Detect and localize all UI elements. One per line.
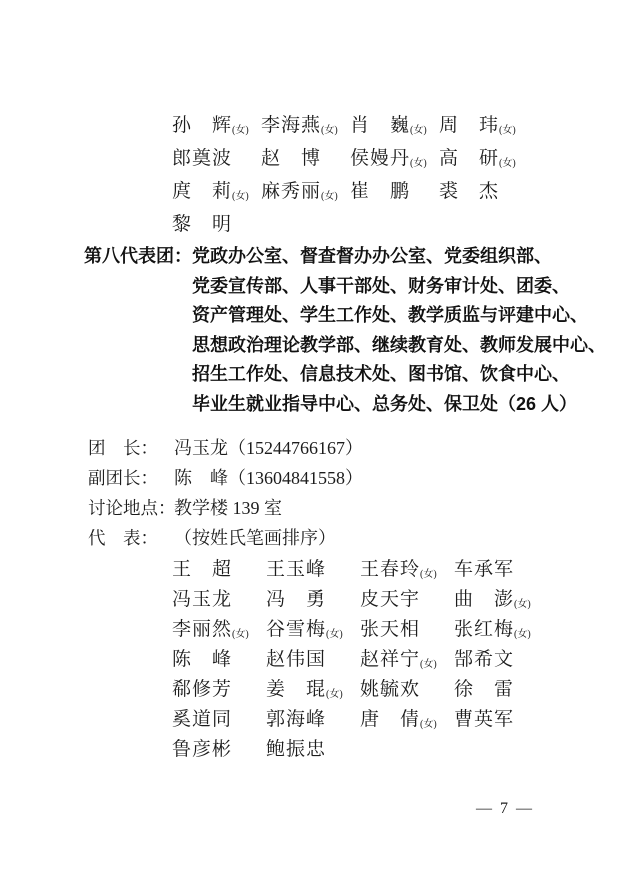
delegate-name-text: 谷雪梅 [266, 619, 326, 640]
delegate-name: 鲁彦彬 [172, 734, 266, 761]
member-name-text: 侯嫚丹 [350, 148, 410, 169]
delegate-name: 姜 琨(女) [266, 674, 360, 701]
member-name: 黎 明 [172, 209, 261, 236]
leader-value: 冯玉龙（15244766167） [174, 434, 363, 460]
member-name: 李海燕(女) [261, 110, 350, 137]
delegate-name: 陈 峰 [172, 644, 266, 671]
department-line: 党委宣传部、人事干部处、财务审计处、团委、 [192, 272, 606, 302]
female-tag: (女) [514, 629, 531, 640]
female-tag: (女) [232, 629, 249, 640]
member-name: 肖 巍(女) [350, 110, 439, 137]
delegate-row: 冯玉龙 冯 勇 皮天宇 曲 澎(女) [172, 582, 548, 612]
member-name-text: 庹 莉 [172, 181, 232, 202]
leader-label: 团 长： [88, 435, 174, 460]
female-tag: (女) [499, 125, 516, 136]
delegate-name: 郗修芳 [172, 674, 266, 701]
delegate-name-text: 王 超 [172, 559, 232, 580]
delegate-name-text: 郜希文 [454, 649, 514, 670]
member-row: 孙 辉(女) 李海燕(女) 肖 巍(女) 周 玮(女) [172, 107, 528, 140]
female-tag: (女) [420, 719, 437, 730]
member-name: 麻秀丽(女) [261, 176, 350, 203]
delegate-row: 陈 峰 赵伟国 赵祥宁(女) 郜希文 [172, 642, 548, 672]
delegate-row: 郗修芳 姜 琨(女) 姚毓欢 徐 雷 [172, 672, 548, 702]
deputy-leader-value: 陈 峰（13604841558） [174, 464, 363, 490]
member-name-text: 裘 杰 [439, 181, 499, 202]
delegate-name: 赵祥宁(女) [360, 644, 454, 671]
delegate-name: 王春玲(女) [360, 554, 454, 581]
delegate-name: 曹英军 [454, 704, 548, 731]
delegate-name-text: 曹英军 [454, 709, 514, 730]
delegation-label: 第八代表团： [84, 242, 192, 419]
department-line: 思想政治理论教学部、继续教育处、教师发展中心、 [192, 331, 606, 361]
member-name-text: 肖 巍 [350, 115, 410, 136]
department-line: 资产管理处、学生工作处、教学质监与评建中心、 [192, 301, 606, 331]
member-name-text: 黎 明 [172, 214, 232, 235]
delegate-name-list: 王 超 王玉峰 王春玲(女) 车承军 冯玉龙 冯 勇 皮天宇 曲 澎(女) 李丽… [172, 552, 548, 762]
member-name: 周 玮(女) [439, 110, 528, 137]
delegate-name: 李丽然(女) [172, 614, 266, 641]
delegation-departments: 党政办公室、督查督办办公室、党委组织部、 党委宣传部、人事干部处、财务审计处、团… [192, 242, 606, 419]
discussion-location-row: 讨论地点： 教学楼 139 室 [88, 492, 363, 522]
delegate-name: 冯 勇 [266, 584, 360, 611]
female-tag: (女) [232, 125, 249, 136]
department-line: 招生工作处、信息技术处、图书馆、饮食中心、 [192, 360, 606, 390]
member-name-text: 孙 辉 [172, 115, 232, 136]
delegate-name: 王 超 [172, 554, 266, 581]
delegate-name: 张红梅(女) [454, 614, 548, 641]
member-name-text: 高 研 [439, 148, 499, 169]
delegate-name-text: 张红梅 [454, 619, 514, 640]
delegate-name-text: 曲 澎 [454, 589, 514, 610]
delegate-name-text: 姜 琨 [266, 679, 326, 700]
delegate-name-text: 鲁彦彬 [172, 739, 232, 760]
delegate-row: 李丽然(女) 谷雪梅(女) 张天相 张红梅(女) [172, 612, 548, 642]
delegate-name: 冯玉龙 [172, 584, 266, 611]
delegate-name: 奚道同 [172, 704, 266, 731]
delegate-name: 郜希文 [454, 644, 548, 671]
delegate-name-text: 冯玉龙 [172, 589, 232, 610]
member-name-text: 周 玮 [439, 115, 499, 136]
delegate-name-text: 徐 雷 [454, 679, 514, 700]
female-tag: (女) [420, 569, 437, 580]
leader-row: 团 长： 冯玉龙（15244766167） [88, 432, 363, 462]
deputy-leader-row: 副团长： 陈 峰（13604841558） [88, 462, 363, 492]
delegate-name-text: 李丽然 [172, 619, 232, 640]
delegate-name: 唐 倩(女) [360, 704, 454, 731]
member-name: 赵 博 [261, 143, 350, 170]
delegate-name: 鲍振忠 [266, 734, 360, 761]
delegate-name-text: 赵伟国 [266, 649, 326, 670]
delegate-row: 鲁彦彬 鲍振忠 [172, 732, 548, 762]
delegate-name-text: 张天相 [360, 619, 420, 640]
eighth-delegation-heading: 第八代表团： 党政办公室、督查督办办公室、党委组织部、 党委宣传部、人事干部处、… [84, 242, 606, 419]
female-tag: (女) [410, 158, 427, 169]
delegate-name: 王玉峰 [266, 554, 360, 581]
delegate-row: 王 超 王玉峰 王春玲(女) 车承军 [172, 552, 548, 582]
delegate-name-text: 王玉峰 [266, 559, 326, 580]
page-number: — 7 — [476, 800, 534, 818]
member-name: 侯嫚丹(女) [350, 143, 439, 170]
member-row: 黎 明 [172, 206, 528, 239]
document-page: 孙 辉(女) 李海燕(女) 肖 巍(女) 周 玮(女) 郎奠波 赵 博 侯嫚丹(… [0, 0, 620, 877]
delegate-name: 张天相 [360, 614, 454, 641]
female-tag: (女) [232, 191, 249, 202]
member-name-text: 崔 鹏 [350, 181, 410, 202]
delegate-name: 姚毓欢 [360, 674, 454, 701]
member-name: 崔 鹏 [350, 176, 439, 203]
delegate-name-text: 车承军 [454, 559, 514, 580]
delegate-name: 赵伟国 [266, 644, 360, 671]
delegate-name-text: 王春玲 [360, 559, 420, 580]
female-tag: (女) [499, 158, 516, 169]
discussion-location-value: 教学楼 139 室 [174, 494, 282, 520]
female-tag: (女) [321, 191, 338, 202]
delegates-sort-note: （按姓氏笔画排序） [174, 524, 336, 550]
delegation-info: 团 长： 冯玉龙（15244766167） 副团长： 陈 峰（136048415… [88, 432, 363, 552]
delegate-row: 奚道同 郭海峰 唐 倩(女) 曹英军 [172, 702, 548, 732]
female-tag: (女) [410, 125, 427, 136]
delegate-name: 郭海峰 [266, 704, 360, 731]
delegate-name: 曲 澎(女) [454, 584, 548, 611]
department-line: 党政办公室、督查督办办公室、党委组织部、 [192, 242, 606, 272]
deputy-leader-label: 副团长： [88, 465, 174, 490]
member-name-text: 郎奠波 [172, 148, 232, 169]
discussion-location-label: 讨论地点： [88, 495, 174, 520]
member-name: 裘 杰 [439, 176, 528, 203]
department-line: 毕业生就业指导中心、总务处、保卫处（26 人） [192, 390, 606, 420]
member-name: 郎奠波 [172, 143, 261, 170]
delegate-name-text: 姚毓欢 [360, 679, 420, 700]
delegate-name-text: 唐 倩 [360, 709, 420, 730]
delegate-name: 皮天宇 [360, 584, 454, 611]
member-row: 庹 莉(女) 麻秀丽(女) 崔 鹏 裘 杰 [172, 173, 528, 206]
female-tag: (女) [321, 125, 338, 136]
delegate-name-text: 陈 峰 [172, 649, 232, 670]
delegate-name: 谷雪梅(女) [266, 614, 360, 641]
member-name: 庹 莉(女) [172, 176, 261, 203]
delegate-name: 车承军 [454, 554, 548, 581]
delegate-name: 徐 雷 [454, 674, 548, 701]
delegate-name-text: 赵祥宁 [360, 649, 420, 670]
member-name: 孙 辉(女) [172, 110, 261, 137]
delegates-row: 代 表： （按姓氏笔画排序） [88, 522, 363, 552]
delegate-name-text: 奚道同 [172, 709, 232, 730]
female-tag: (女) [514, 599, 531, 610]
female-tag: (女) [420, 659, 437, 670]
previous-team-member-list: 孙 辉(女) 李海燕(女) 肖 巍(女) 周 玮(女) 郎奠波 赵 博 侯嫚丹(… [172, 107, 528, 239]
delegates-label: 代 表： [88, 525, 174, 550]
delegate-name-text: 皮天宇 [360, 589, 420, 610]
delegate-name-text: 郗修芳 [172, 679, 232, 700]
delegate-name-text: 郭海峰 [266, 709, 326, 730]
member-name: 高 研(女) [439, 143, 528, 170]
female-tag: (女) [326, 689, 343, 700]
member-row: 郎奠波 赵 博 侯嫚丹(女) 高 研(女) [172, 140, 528, 173]
member-name-text: 麻秀丽 [261, 181, 321, 202]
member-name-text: 李海燕 [261, 115, 321, 136]
delegate-name-text: 鲍振忠 [266, 739, 326, 760]
delegate-name-text: 冯 勇 [266, 589, 326, 610]
member-name-text: 赵 博 [261, 148, 321, 169]
female-tag: (女) [326, 629, 343, 640]
